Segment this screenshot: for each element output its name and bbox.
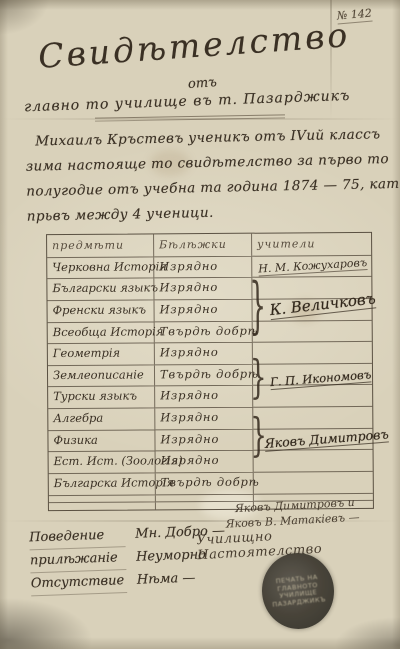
conduct-label: Отсутствие: [30, 570, 127, 596]
teacher-group-brace: }: [249, 277, 266, 338]
grade-cell: Изрядно: [155, 342, 253, 364]
grade-cell: Изрядно: [154, 255, 252, 277]
grade-cell: Твърдѣ добрѣ: [155, 364, 253, 386]
grade-cell: Изрядно: [156, 450, 254, 472]
teacher-cell: [253, 406, 372, 428]
teacher-signature: Н. М. Кожухаровъ: [258, 256, 368, 276]
document-title: Свидѣтелство: [37, 15, 351, 76]
grade-cell: Изрядно: [155, 385, 253, 407]
subject-cell: Черковна Исторія: [47, 256, 154, 278]
conduct-value: Нѣма —: [137, 571, 196, 588]
conduct-label: Поведение: [29, 524, 126, 550]
certificate-document: № 142 Свидѣтелство отъ главно то училище…: [0, 0, 400, 649]
subtitle-rule: [95, 114, 285, 121]
school-seal-stamp: ПЕЧАТЬ НА ГЛАВНОТО УЧИЛИЩЕ ПАЗАРДЖИКЪ: [258, 549, 338, 632]
teacher-cell: [254, 471, 373, 493]
subject-cell: Геометрія: [48, 343, 155, 365]
subject-cell: Алгебра: [48, 408, 155, 430]
grades-table: предмѣти Бѣлѣжки учители Черковна Исторі…: [46, 232, 374, 511]
certificate-body: Михаилъ Кръстевъ ученикъ отъ IVий классъ…: [25, 122, 379, 229]
subject-cell: Физика: [48, 429, 155, 451]
teacher-cell: [253, 319, 372, 341]
col-header-teachers: учители: [252, 233, 371, 255]
teacher-group-brace: }: [250, 356, 267, 402]
grade-cell: Твърдѣ добрѣ: [155, 320, 253, 342]
teacher-cell: [253, 341, 372, 363]
subject-cell: Ест. Ист. (Зоологія): [49, 451, 156, 473]
conduct-value: Неуморно: [136, 547, 206, 564]
subject-cell: Всеобща Исторія: [48, 321, 155, 343]
grade-cell: Изрядно: [155, 428, 253, 450]
subject-cell: Български языкъ: [47, 278, 154, 300]
subject-cell: Землеописаніе: [48, 364, 155, 386]
col-header-grades: Бѣлѣжки: [154, 234, 252, 256]
grade-cell: Изрядно: [154, 277, 252, 299]
teacher-cell: [254, 449, 373, 471]
subject-cell: Турски языкъ: [48, 386, 155, 408]
col-header-subjects: предмѣти: [47, 234, 154, 256]
subject-cell-empty: [49, 502, 156, 510]
subject-cell: Френски языкъ: [47, 299, 154, 321]
title-from-word: отъ: [188, 75, 218, 92]
grade-cell: Твърдѣ добрѣ: [156, 472, 254, 494]
subject-cell: Българска Исторія: [49, 472, 156, 494]
grade-cell: Изрядно: [155, 407, 253, 429]
grade-cell: Изрядно: [154, 299, 252, 321]
conduct-label: прилѣжаніе: [30, 547, 127, 573]
teacher-cell: Н. М. Кожухаровъ: [252, 255, 371, 277]
